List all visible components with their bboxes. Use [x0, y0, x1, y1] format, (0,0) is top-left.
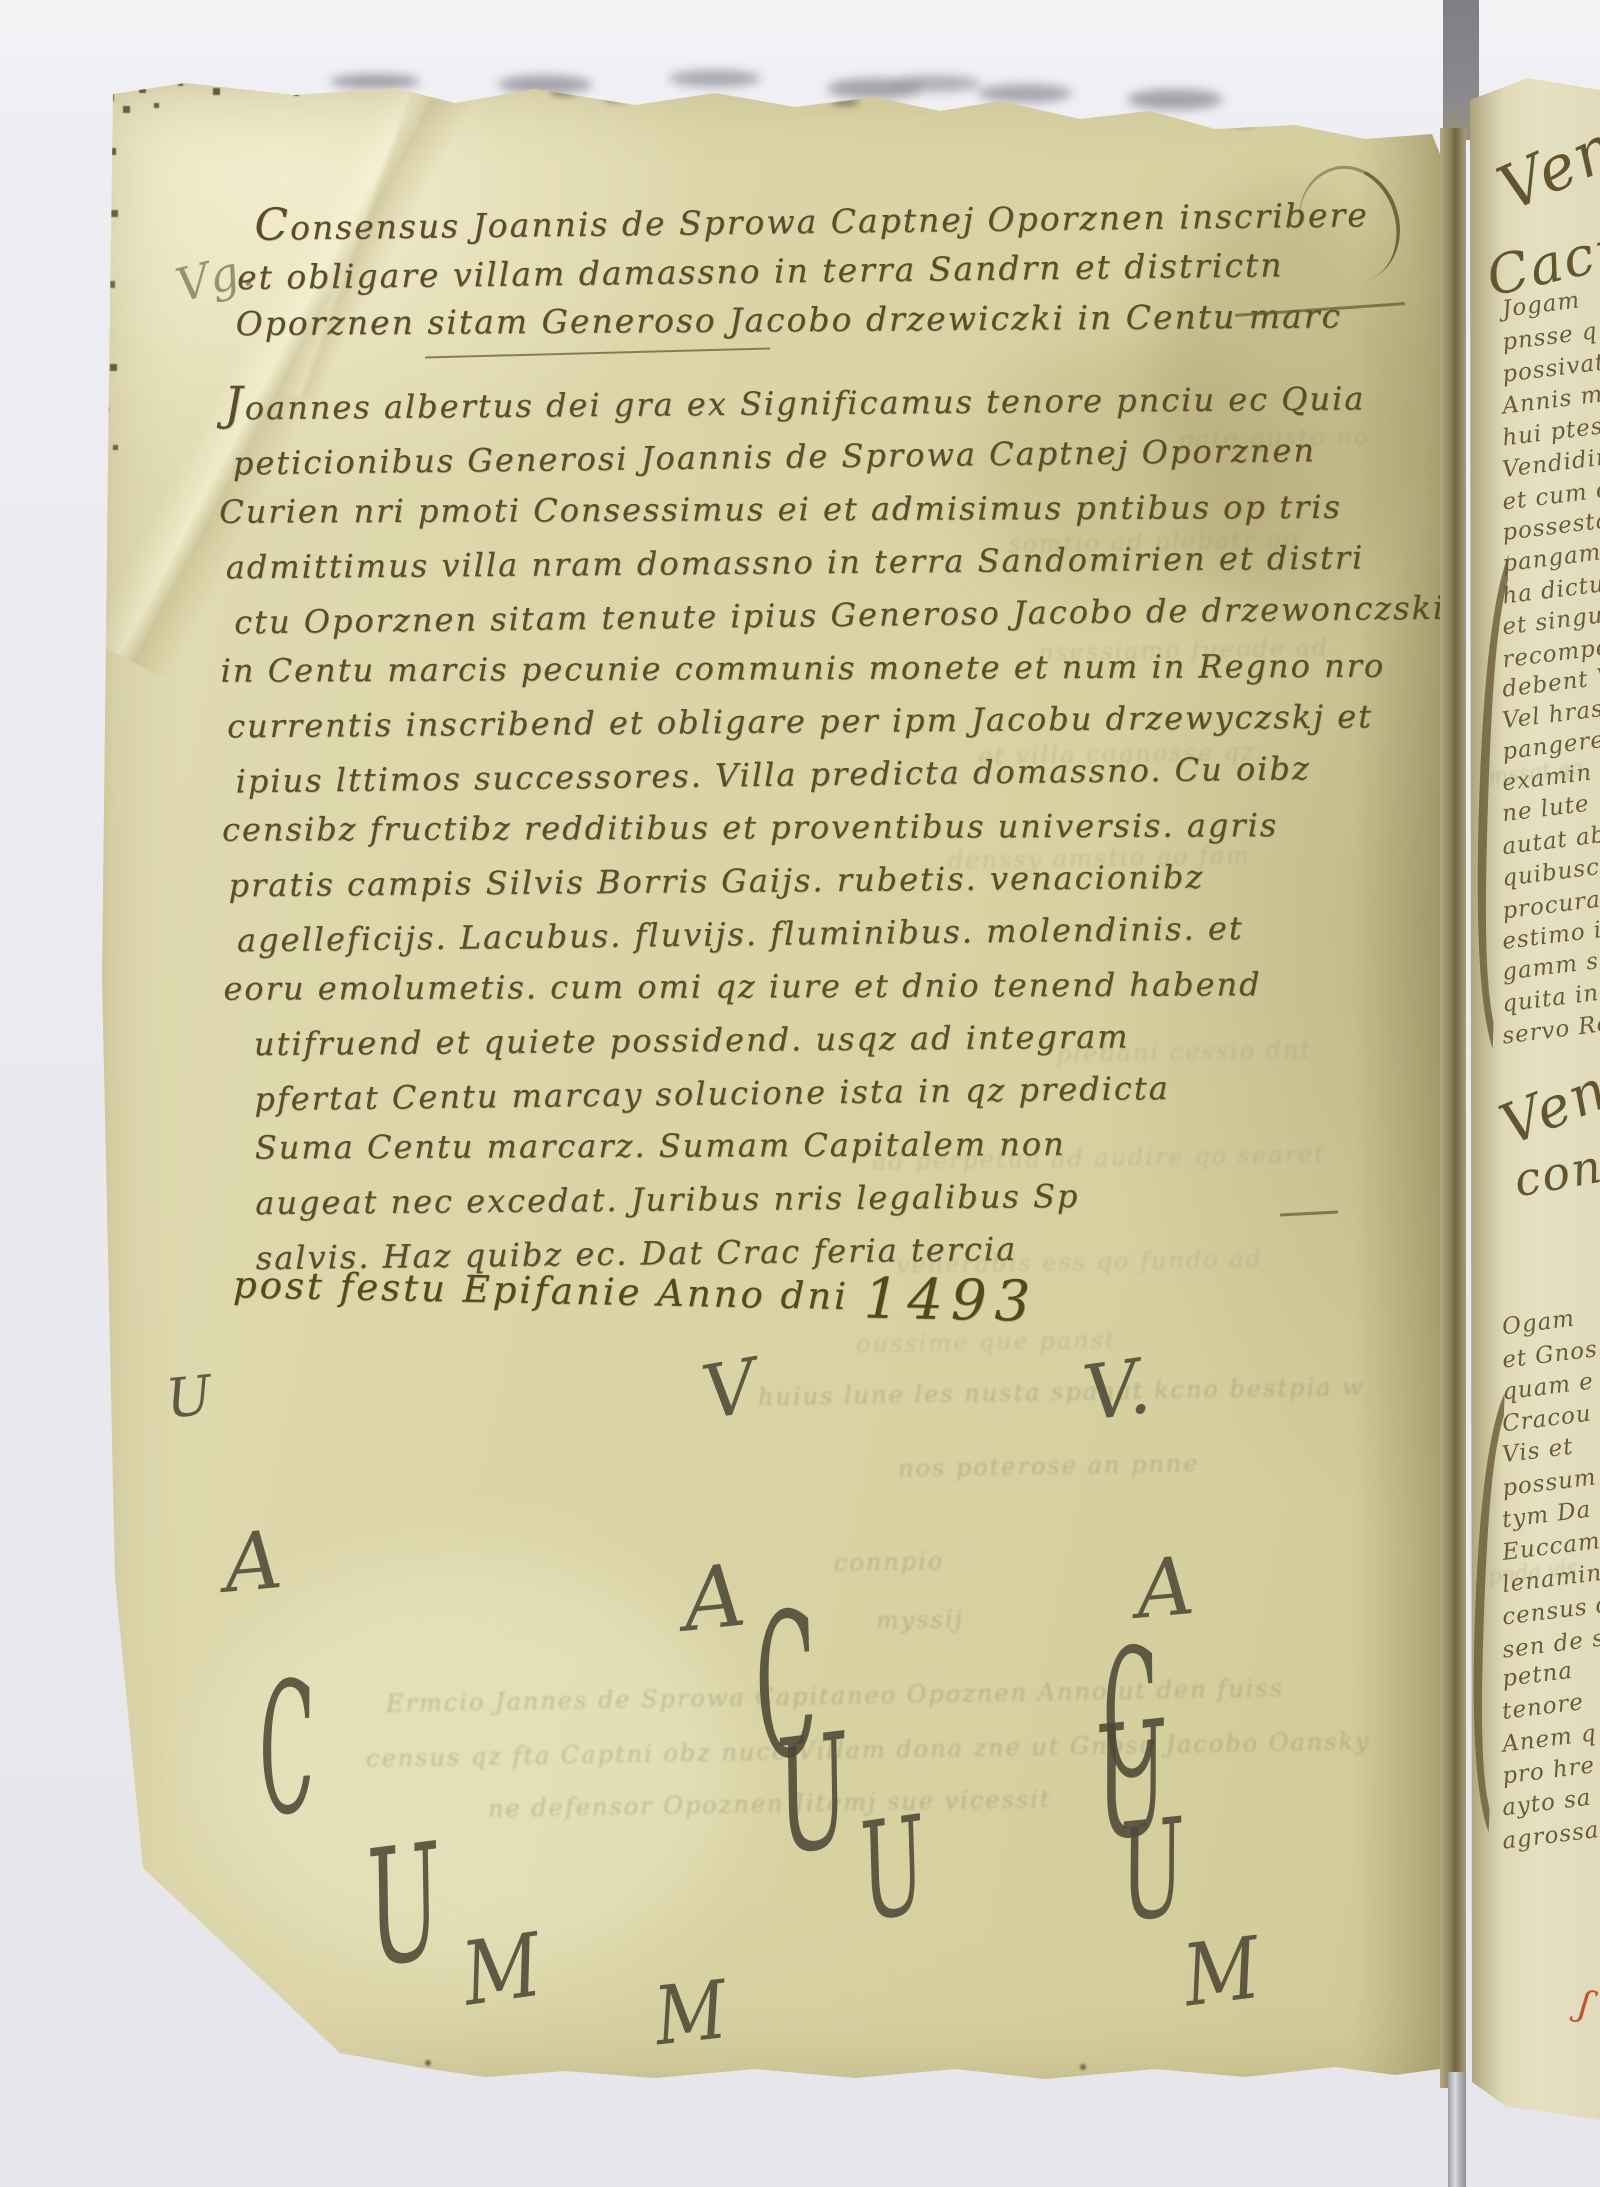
ghost-text-line: nsessiamo fueode ad	[1038, 633, 1330, 666]
edge-smudge	[1230, 118, 1258, 127]
ghost-text-line: plebani cessio dnt	[1056, 1036, 1313, 1068]
ghost-text-line: et villa cognosse qz	[978, 738, 1256, 771]
right-page-line: ne lute	[1501, 791, 1591, 828]
ghost-text-line: connpio	[834, 1547, 945, 1577]
pen-trial-letter: M	[456, 1913, 547, 2025]
right-page-line: ayto sa	[1501, 1785, 1593, 1822]
corner-specks	[95, 78, 98, 81]
ghost-text-line: myssij	[876, 1605, 965, 1635]
edge-smudge	[603, 94, 631, 103]
pen-trial-letter: A	[220, 1513, 286, 1611]
edge-smudge	[550, 88, 578, 97]
right-page-line: possum	[1501, 1464, 1598, 1501]
pen-trial-letter: A	[678, 1546, 750, 1652]
book-gutter	[1440, 128, 1466, 2088]
ink-speck	[1080, 2064, 1086, 2070]
right-page-line: Anem q	[1501, 1720, 1598, 1757]
right-page-line: petna	[1501, 1658, 1575, 1692]
pen-trial-letter: M	[650, 1963, 731, 2064]
ghost-text-line: pato qusto no	[1178, 422, 1371, 453]
pen-trial-letter: U	[163, 1363, 215, 1430]
torn-edge-shadow	[330, 74, 420, 89]
ink-speck	[425, 2060, 431, 2066]
folio-mark: 7	[1070, 88, 1084, 113]
right-page-line: pro hre	[1501, 1752, 1597, 1789]
ghost-text-line: denssy amstio qo fam	[948, 841, 1251, 874]
right-page-line: pnsse q	[1501, 318, 1599, 355]
right-page-line: Vis et	[1501, 1434, 1575, 1469]
manuscript-right-page: Vendi Cacn ( ( Vend con mssat qo pnda vi…	[1462, 60, 1600, 2120]
right-page-line: et Gnos	[1501, 1336, 1599, 1374]
right-page-line: autat ab	[1501, 821, 1600, 860]
right-page-heading: Vendi	[1487, 83, 1600, 225]
right-page-line: agrossac	[1501, 1815, 1600, 1854]
ghost-text-line: somtio ad plebatr qo	[1008, 525, 1300, 558]
right-page-line: tenore	[1501, 1689, 1586, 1725]
manuscript-photo: 7 Vg. Consensus Joannis de Sprowa Captne…	[0, 0, 1600, 2187]
right-page-line: Cracou	[1501, 1401, 1593, 1438]
pen-trial-letter: V.	[1078, 1341, 1156, 1438]
manuscript-line: censibz fructibz redditibus et proventib…	[222, 798, 1447, 856]
binding-edge	[1448, 2072, 1466, 2187]
right-page-line: quam e	[1501, 1368, 1595, 1405]
pen-bracket-flourish-icon: (	[1468, 1316, 1503, 1873]
manuscript-line: Oporznen sitam Generoso Jacobo drzewiczk…	[235, 291, 1370, 348]
right-page-line: census d	[1501, 1591, 1600, 1630]
pen-trial-letter: M	[1178, 1919, 1265, 2026]
edge-smudge	[831, 98, 859, 107]
date-text: post festu Epifanie Anno dni	[233, 1263, 850, 1318]
manuscript-line: eoru emolumetis. cum omi qz iure et dnio…	[223, 957, 1448, 1015]
ghost-text-line: nos poterose an pnne	[898, 1449, 1200, 1482]
right-page-line: Ogam	[1501, 1306, 1577, 1341]
red-ink-mark: ʃ	[1575, 1983, 1594, 2025]
manuscript-left-page: 7 Vg. Consensus Joannis de Sprowa Captne…	[95, 78, 1447, 2090]
right-page-line: tym Da	[1501, 1497, 1593, 1534]
entry-heading: Consensus Joannis de Sprowa Captnej Opor…	[254, 187, 1370, 351]
